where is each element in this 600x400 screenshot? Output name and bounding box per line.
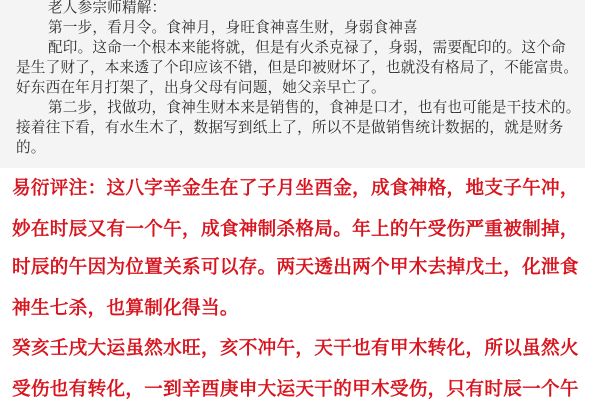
quote-paragraph-line: 第二步，找做功，食神生财本来是销售的，食神是口才，也有也可能是干技术的。 (48, 98, 581, 118)
master-quote-block: 老人参宗师精解： 第一步，看月令。食神月，身旺食神喜生财，身弱食神喜 配印。这命… (0, 0, 585, 168)
commentary-line: 妙在时辰又有一个午，成食神制杀格局。年上的午受伤严重被制掉， (12, 217, 579, 243)
quote-paragraph-line: 第一步，看月令。食神月，身旺食神喜生财，身弱食神喜 (48, 18, 418, 38)
commentary-line: 易衍评注：这八字辛金生在了子月坐酉金，成食神格，地支子午冲， (12, 176, 579, 202)
quote-heading: 老人参宗师精解： (48, 0, 166, 18)
quote-paragraph-line: 是生了财了，本来透了个印应该不错，但是印被财坏了，也就没有格局了，不能富贵。 (16, 58, 578, 78)
commentary-line: 时辰的午因为位置关系可以存。两天透出两个甲木去掉戊土，化泄食 (12, 255, 579, 281)
commentary-line: 受伤也有转化，一到辛酉庚申大运天干的甲木受伤，只有时辰一个午 (12, 377, 579, 400)
commentary-line: 癸亥壬戌大运虽然水旺，亥不冲午，天干也有甲木转化，所以虽然火 (12, 336, 579, 362)
quote-paragraph-line: 配印。这命一个根本来能将就，但是有火杀克禄了，身弱，需要配印的。这个命 (48, 38, 566, 58)
quote-paragraph-line: 的。 (16, 138, 46, 158)
quote-paragraph-line: 接着往下看，有水生木了，数据写到纸上了，所以不是做销售统计数据的，就是财务 (16, 118, 563, 138)
commentary-line: 神生七杀，也算制化得当。 (12, 296, 239, 322)
quote-paragraph-line: 好东西在年月打架了，出身父母有问题，她父亲早亡了。 (16, 78, 386, 98)
